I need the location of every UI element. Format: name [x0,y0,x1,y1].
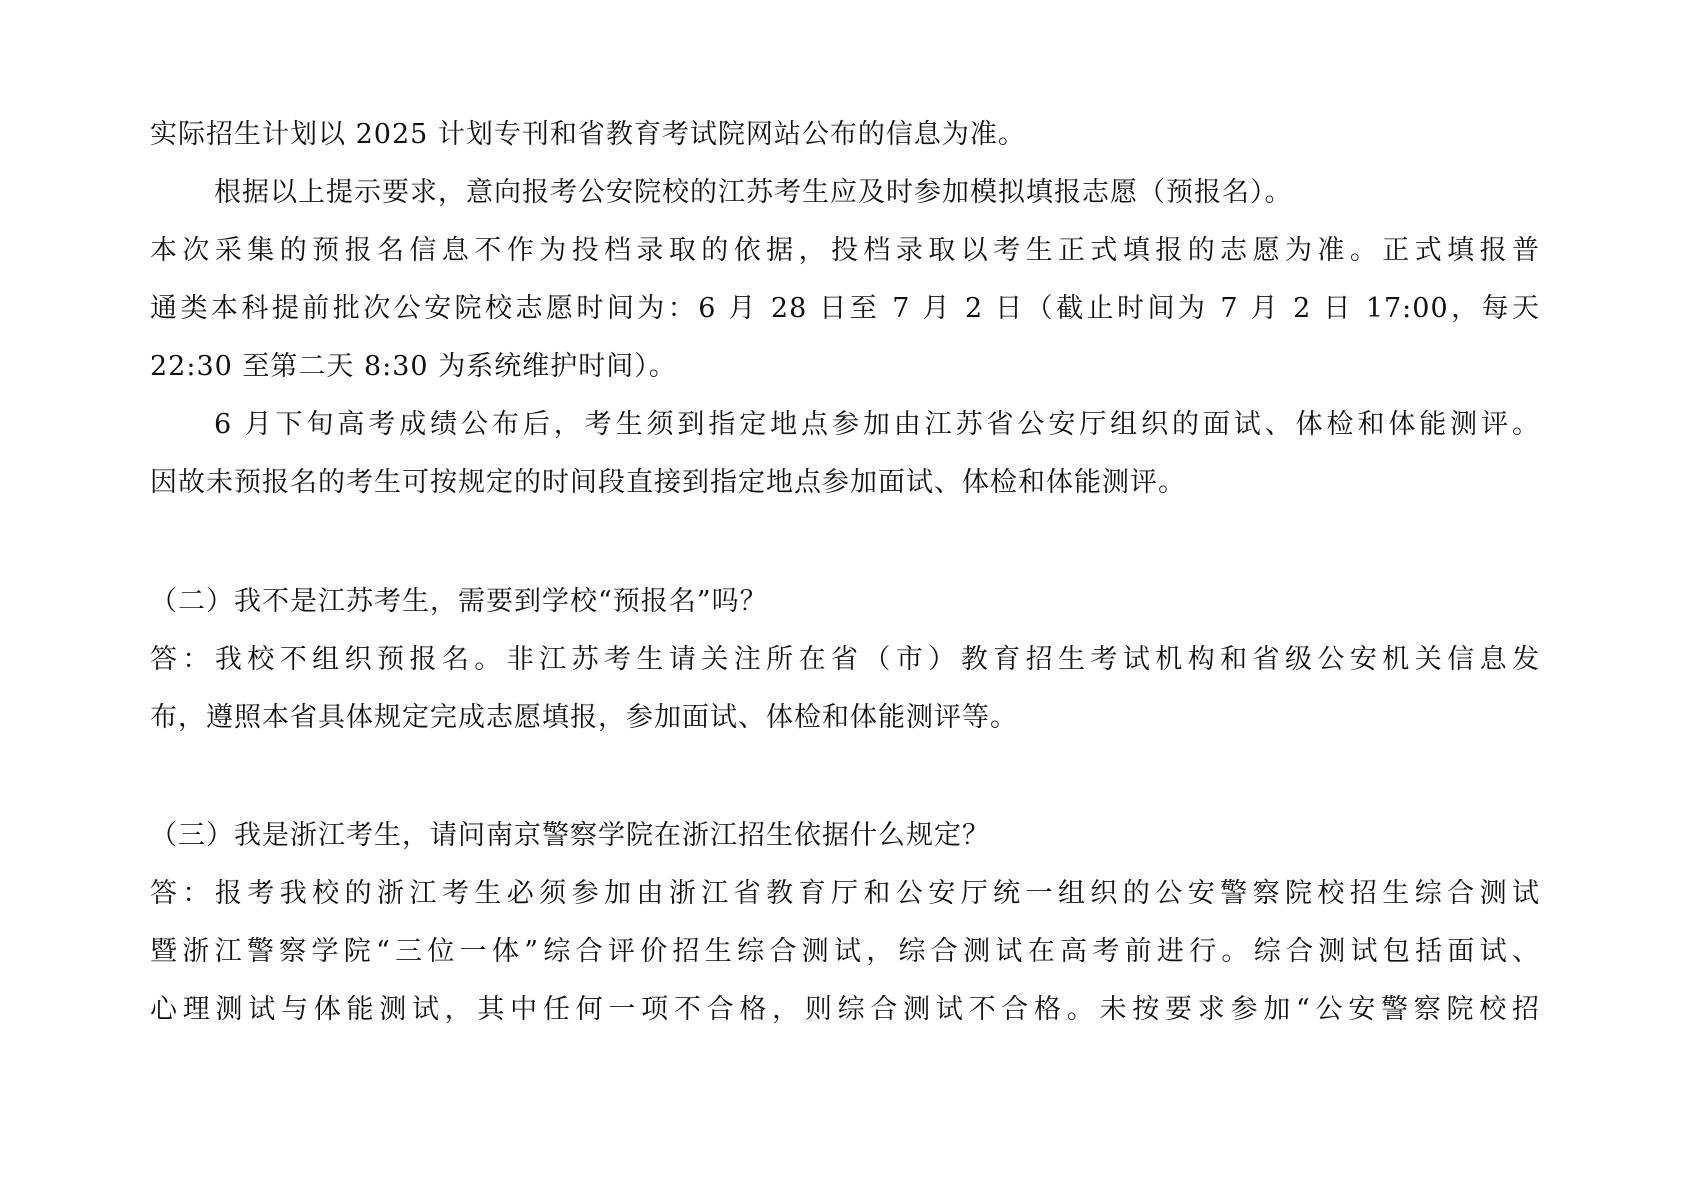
answer-line: 心理测试与体能测试，其中任何一项不合格，则综合测试不合格。未按要求参加“公安警察… [150,990,1540,1030]
answer-line: 答：报考我校的浙江考生必须参加由浙江省教育厅和公安厅统一组织的公安警察院校招生综… [150,874,1540,914]
paragraph-line: 因故未预报名的考生可按规定的时间段直接到指定地点参加面试、体检和体能测评。 [150,463,1540,503]
answer-line: 暨浙江警察学院“三位一体”综合评价招生综合测试，综合测试在高考前进行。综合测试包… [150,932,1540,972]
paragraph-line: 6 月下旬高考成绩公布后，考生须到指定地点参加由江苏省公安厅组织的面试、体检和体… [214,405,1540,445]
question-heading: （二）我不是江苏考生，需要到学校“预报名”吗？ [150,582,1540,622]
paragraph-line: 22:30 至第二天 8:30 为系统维护时间）。 [150,347,1540,387]
question-heading: （三）我是浙江考生，请问南京警察学院在浙江招生依据什么规定？ [150,816,1540,856]
answer-line: 答：我校不组织预报名。非江苏考生请关注所在省（市）教育招生考试机构和省级公安机关… [150,640,1540,680]
answer-line: 布，遵照本省具体规定完成志愿填报，参加面试、体检和体能测评等。 [150,698,1540,738]
paragraph-line: 本次采集的预报名信息不作为投档录取的依据，投档录取以考生正式填报的志愿为准。正式… [150,231,1540,271]
paragraph-line: 通类本科提前批次公安院校志愿时间为：6 月 28 日至 7 月 2 日（截止时间… [150,289,1540,329]
paragraph-line: 实际招生计划以 2025 计划专刊和省教育考试院网站公布的信息为准。 [150,115,1540,155]
paragraph-line: 根据以上提示要求，意向报考公安院校的江苏考生应及时参加模拟填报志愿（预报名）。 [214,173,1540,213]
